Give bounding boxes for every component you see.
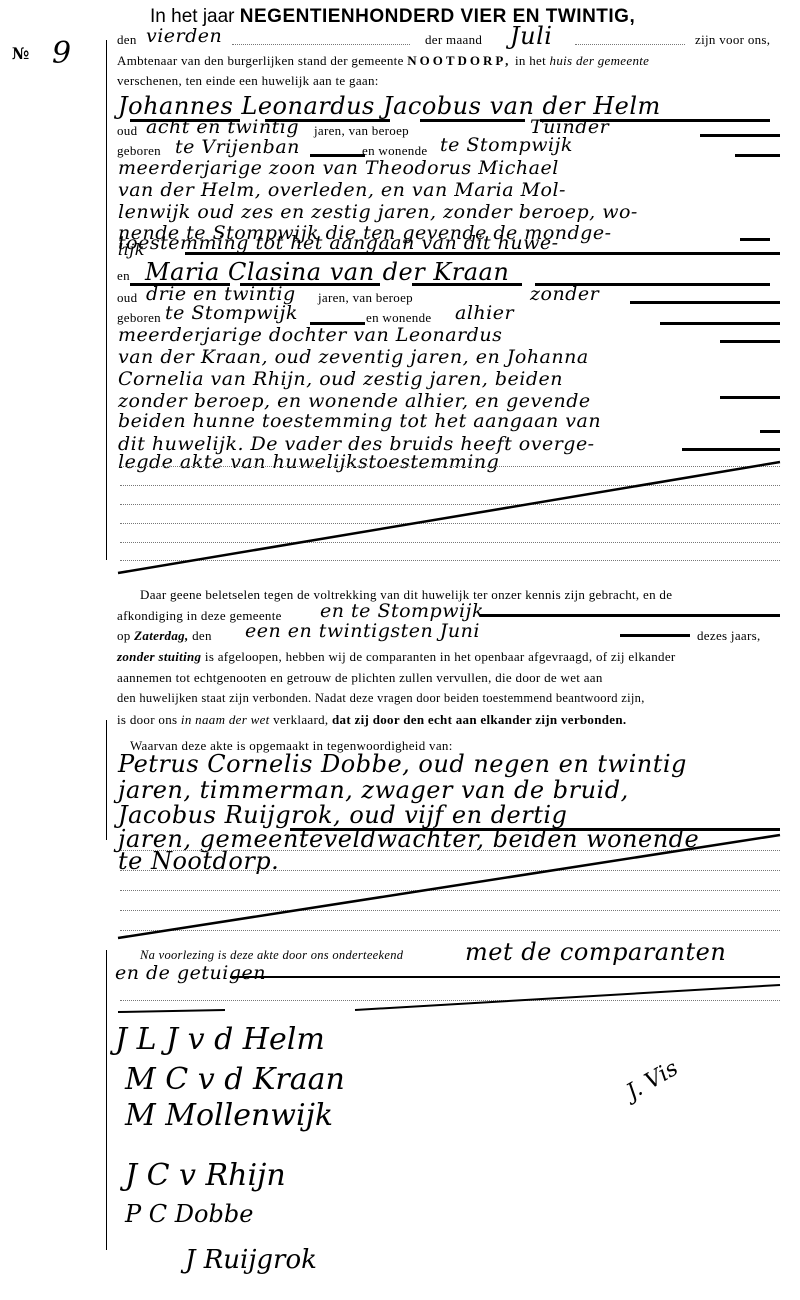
signature-groom-mother: M Mollenwijk xyxy=(125,1098,333,1133)
strike-lines xyxy=(0,0,800,1300)
signature-bride-mother: J C v Rhijn xyxy=(125,1158,286,1193)
signature-witness-1: P C Dobbe xyxy=(125,1200,253,1228)
signature-bride: M C v d Kraan xyxy=(125,1062,345,1097)
signature-witness-2: J Ruijgrok xyxy=(185,1245,317,1275)
signature-groom: J L J v d Helm xyxy=(115,1022,325,1057)
